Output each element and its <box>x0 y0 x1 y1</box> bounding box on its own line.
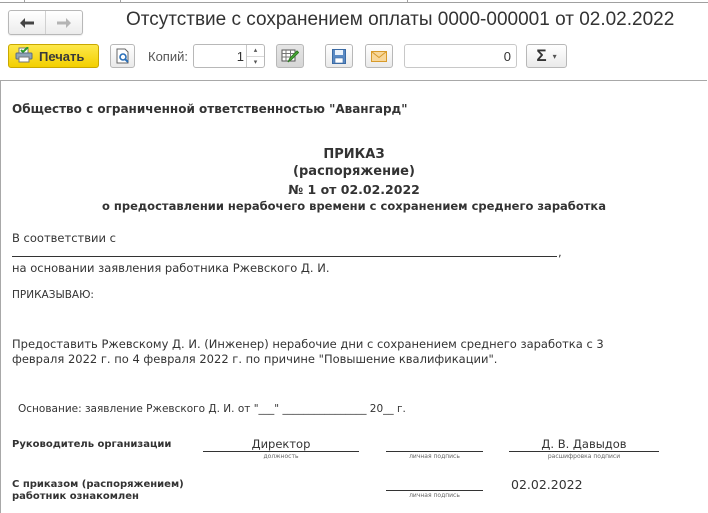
name-line <box>509 451 659 452</box>
forward-button[interactable] <box>46 11 82 34</box>
edit-table-icon <box>281 48 299 64</box>
accordance-comma: , <box>558 245 562 259</box>
sum-field[interactable] <box>404 44 517 68</box>
acknowledged-label-2: работник ознакомлен <box>12 491 139 502</box>
arrow-right-icon <box>57 18 71 28</box>
position-line <box>203 451 359 452</box>
chevron-down-icon: ▾ <box>553 52 557 61</box>
email-button[interactable] <box>365 44 393 68</box>
window-title: Отсутствие с сохранением оплаты 0000-000… <box>126 9 674 31</box>
name-value: Д. В. Давыдов <box>509 437 659 451</box>
save-icon <box>332 49 346 64</box>
navigation-buttons <box>8 10 83 35</box>
copies-stepper[interactable]: ▴ ▾ <box>193 44 265 68</box>
back-button[interactable] <box>9 11 46 34</box>
order-text-line-1: Предоставить Ржевскому Д. И. (Инженер) н… <box>12 337 604 351</box>
sum-icon: Σ <box>536 46 546 66</box>
mail-icon <box>371 51 387 62</box>
printer-icon <box>15 47 33 66</box>
accordance-blank-line <box>12 256 557 257</box>
basis-text: на основании заявления работника Ржевско… <box>12 261 330 275</box>
name-caption: расшифровка подписи <box>509 453 659 460</box>
document-subheading: (распоряжение) <box>1 164 707 179</box>
copies-label: Копий: <box>148 49 188 64</box>
printed-document[interactable]: Общество с ограниченной ответственностью… <box>0 80 707 513</box>
sum-menu-button[interactable]: Σ ▾ <box>526 44 567 68</box>
accordance-text: В соответствии с <box>12 231 116 245</box>
position-value: Директор <box>203 437 359 451</box>
acknowledged-label-1: С приказом (распоряжением) <box>12 479 184 490</box>
document-heading: ПРИКАЗ <box>1 147 707 162</box>
ack-signature-line <box>386 490 483 491</box>
edit-mode-toggle[interactable] <box>276 44 304 68</box>
preview-button[interactable] <box>110 44 135 68</box>
order-word: ПРИКАЗЫВАЮ: <box>12 289 94 301</box>
document-subject: о предоставлении нерабочего времени с со… <box>1 199 707 213</box>
arrow-left-icon <box>20 18 34 28</box>
copies-input[interactable] <box>196 47 246 65</box>
ack-date: 02.02.2022 <box>511 477 583 492</box>
position-caption: должность <box>203 453 359 460</box>
spin-down-button[interactable]: ▾ <box>247 57 264 68</box>
head-label: Руководитель организации <box>12 439 171 450</box>
save-button[interactable] <box>325 44 353 68</box>
signature-line <box>386 451 483 452</box>
copies-spinner[interactable]: ▴ ▾ <box>246 45 264 67</box>
window-top-border <box>0 0 708 3</box>
organization-name: Общество с ограниченной ответственностью… <box>12 102 407 116</box>
print-button[interactable]: Печать <box>8 44 99 68</box>
signature-caption: личная подпись <box>386 453 483 460</box>
order-text-line-2: февраля 2022 г. по 4 февраля 2022 г. по … <box>12 352 497 366</box>
foundation-text: Основание: заявление Ржевского Д. И. от … <box>18 403 406 415</box>
preview-icon <box>116 48 130 64</box>
ack-signature-caption: личная подпись <box>386 492 483 499</box>
sum-input[interactable] <box>405 45 516 67</box>
document-number: № 1 от 02.02.2022 <box>1 182 707 197</box>
print-label: Печать <box>39 49 84 64</box>
spin-up-button[interactable]: ▴ <box>247 45 264 57</box>
